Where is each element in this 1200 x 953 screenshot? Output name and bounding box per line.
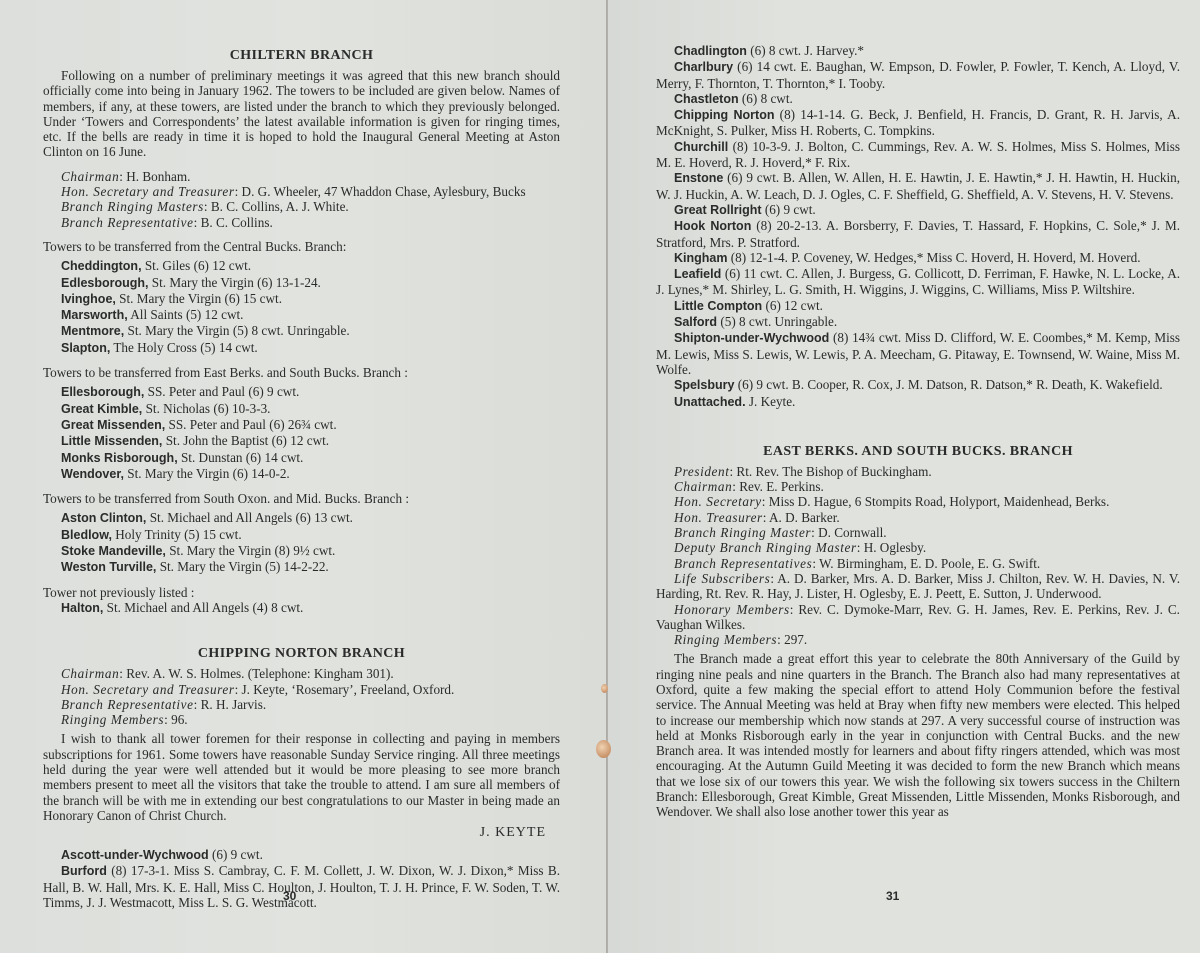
tower-group: Towers to be transferred from South Oxon… <box>43 491 560 575</box>
tower-entry: Spelsbury (6) 9 cwt. B. Cooper, R. Cox, … <box>656 377 1180 393</box>
tower-entry: Great Kimble, St. Nicholas (6) 10-3-3. <box>61 401 560 417</box>
tower-entry: Slapton, The Holy Cross (5) 14 cwt. <box>61 340 560 356</box>
tower-entry: Little Missenden, St. John the Baptist (… <box>61 433 560 449</box>
staple-rust-mark <box>601 684 608 693</box>
tower-entry: Weston Turville, St. Mary the Virgin (5)… <box>61 559 560 575</box>
tower-entry: Enstone (6) 9 cwt. B. Allen, W. Allen, H… <box>656 170 1180 202</box>
officer-line: Chairman: Rev. A. W. S. Holmes. (Telepho… <box>61 666 560 681</box>
tower-group: Tower not previously listed : Halton, St… <box>43 585 560 617</box>
tower-entry: Cheddington, St. Giles (6) 12 cwt. <box>61 258 560 274</box>
tower-entry: Unattached. J. Keyte. <box>656 394 1180 410</box>
east-berks-officers: President: Rt. Rev. The Bishop of Buckin… <box>656 464 1180 648</box>
officer-line: Ringing Members: 96. <box>61 712 560 727</box>
tower-entry: Churchill (8) 10-3-9. J. Bolton, C. Cumm… <box>656 139 1180 171</box>
right-page: Chadlington (6) 8 cwt. J. Harvey.* Charl… <box>608 0 1200 953</box>
officer-line: Ringing Members: 297. <box>656 632 1180 647</box>
officer-line: President: Rt. Rev. The Bishop of Buckin… <box>656 464 1180 479</box>
tower-entry: Monks Risborough, St. Dunstan (6) 14 cwt… <box>61 450 560 466</box>
tower-entry: Salford (5) 8 cwt. Unringable. <box>656 314 1180 330</box>
tower-entry: Chadlington (6) 8 cwt. J. Harvey.* <box>656 43 1180 59</box>
officer-line: Branch Representative: R. H. Jarvis. <box>61 697 560 712</box>
officer-line: Life Subscribers: A. D. Barker, Mrs. A. … <box>656 571 1180 602</box>
chipping-norton-officers: Chairman: Rev. A. W. S. Holmes. (Telepho… <box>43 666 560 727</box>
tower-entry: Little Compton (6) 12 cwt. <box>656 298 1180 314</box>
tower-entry: Wendover, St. Mary the Virgin (6) 14-0-2… <box>61 466 560 482</box>
officer-line: Branch Representative: B. C. Collins. <box>61 215 560 230</box>
tower-entry: Charlbury (6) 14 cwt. E. Baughan, W. Emp… <box>656 59 1180 91</box>
tower-entry: Ellesborough, SS. Peter and Paul (6) 9 c… <box>61 384 560 400</box>
chipping-norton-branch-title: CHIPPING NORTON BRANCH <box>43 646 560 662</box>
east-berks-report: The Branch made a great effort this year… <box>656 651 1180 819</box>
report-signature: J. KEYTE <box>43 825 560 841</box>
officer-line: Hon. Secretary and Treasurer: J. Keyte, … <box>61 682 560 697</box>
tower-entry: Burford (8) 17-3-1. Miss S. Cambray, C. … <box>43 863 560 910</box>
officer-line: Hon. Treasurer: A. D. Barker. <box>656 510 1180 525</box>
tower-group: Towers to be transferred from East Berks… <box>43 365 560 482</box>
chiltern-intro: Following on a number of preliminary mee… <box>43 68 560 160</box>
tower-entry: Bledlow, Holy Trinity (5) 15 cwt. <box>61 527 560 543</box>
officer-line: Branch Ringing Master: D. Cornwall. <box>656 525 1180 540</box>
tower-entry: Hook Norton (8) 20-2-13. A. Borsberry, F… <box>656 218 1180 250</box>
officer-line: Honorary Members: Rev. C. Dymoke-Marr, R… <box>656 602 1180 633</box>
tower-entry: Leafield (6) 11 cwt. C. Allen, J. Burges… <box>656 266 1180 298</box>
tower-entry: Great Rollright (6) 9 cwt. <box>656 202 1180 218</box>
tower-group-heading: Towers to be transferred from the Centra… <box>43 239 560 254</box>
tower-entry: Marsworth, All Saints (5) 12 cwt. <box>61 307 560 323</box>
officer-line: Chairman: Rev. E. Perkins. <box>656 479 1180 494</box>
tower-entry: Stoke Mandeville, St. Mary the Virgin (8… <box>61 543 560 559</box>
chiltern-officers: Chairman: H. Bonham. Hon. Secretary and … <box>43 169 560 230</box>
tower-entry: Ivinghoe, St. Mary the Virgin (6) 15 cwt… <box>61 291 560 307</box>
officer-line: Hon. Secretary and Treasurer: D. G. Whee… <box>61 184 560 199</box>
tower-entry: Halton, St. Michael and All Angels (4) 8… <box>61 600 560 616</box>
tower-entry: Kingham (8) 12-1-4. P. Coveney, W. Hedge… <box>656 250 1180 266</box>
tower-group: Towers to be transferred from the Centra… <box>43 239 560 356</box>
page-number: 31 <box>886 889 899 903</box>
tower-group-heading: Towers to be transferred from South Oxon… <box>43 491 560 506</box>
tower-entry: Aston Clinton, St. Michael and All Angel… <box>61 510 560 526</box>
page-number: 30 <box>283 889 296 903</box>
left-page: CHILTERN BRANCH Following on a number of… <box>0 0 608 953</box>
tower-entry: Chastleton (6) 8 cwt. <box>656 91 1180 107</box>
tower-entry: Great Missenden, SS. Peter and Paul (6) … <box>61 417 560 433</box>
tower-entry: Ascott-under-Wychwood (6) 9 cwt. <box>43 847 560 863</box>
officer-line: Branch Representatives: W. Birmingham, E… <box>656 556 1180 571</box>
tower-entry: Edlesborough, St. Mary the Virgin (6) 13… <box>61 275 560 291</box>
tower-group-heading: Tower not previously listed : <box>43 585 560 600</box>
chiltern-branch-title: CHILTERN BRANCH <box>43 48 560 64</box>
officer-line: Deputy Branch Ringing Master: H. Oglesby… <box>656 540 1180 555</box>
booklet-spread: CHILTERN BRANCH Following on a number of… <box>0 0 1200 953</box>
east-berks-branch-title: EAST BERKS. AND SOUTH BUCKS. BRANCH <box>656 444 1180 460</box>
tower-entry: Chipping Norton (8) 14-1-14. G. Beck, J.… <box>656 107 1180 139</box>
officer-line: Hon. Secretary: Miss D. Hague, 6 Stompit… <box>656 494 1180 509</box>
tower-entry: Mentmore, St. Mary the Virgin (5) 8 cwt.… <box>61 323 560 339</box>
officer-line: Chairman: H. Bonham. <box>61 169 560 184</box>
tower-entry: Shipton-under-Wychwood (8) 14¾ cwt. Miss… <box>656 330 1180 377</box>
tower-group-heading: Towers to be transferred from East Berks… <box>43 365 560 380</box>
chipping-norton-report: I wish to thank all tower foremen for th… <box>43 731 560 823</box>
officer-line: Branch Ringing Masters: B. C. Collins, A… <box>61 199 560 214</box>
staple-rust-mark <box>596 740 611 758</box>
binding-gutter <box>606 0 608 953</box>
